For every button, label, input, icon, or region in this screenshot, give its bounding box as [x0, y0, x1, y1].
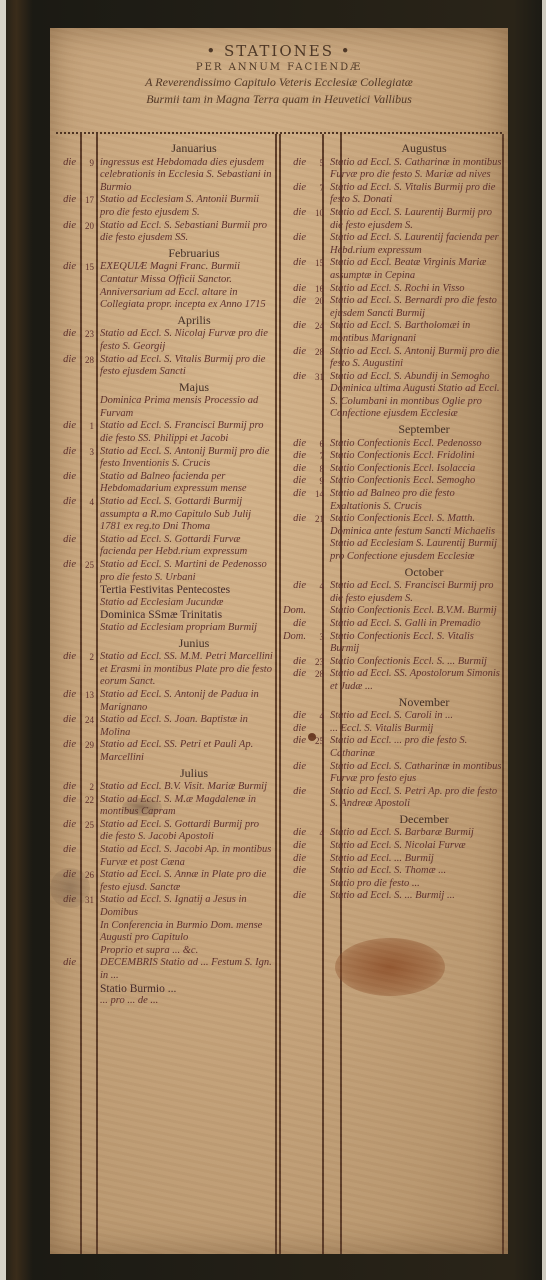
station-entry: Dominica ultima Augusti Statio ad Eccl. …	[280, 383, 508, 421]
day-number: 25	[78, 819, 98, 844]
station-entry: dieStatio ad Eccl. S. Jacobi Ap. in mont…	[50, 844, 278, 869]
day-label: die	[50, 420, 78, 445]
day-label: die	[280, 853, 308, 866]
station-entry: Proprio et supra ... &c.	[50, 945, 278, 958]
station-text: Statio ad Eccl. S. Laurentij Burmij pro …	[328, 207, 508, 232]
day-number	[308, 853, 328, 866]
day-label: die	[280, 463, 308, 476]
station-entry: dieStatio ad Eccl. ... Burmij	[280, 853, 508, 866]
day-label: die	[50, 651, 78, 689]
station-entry: die5Statio ad Eccl. S. Catharinæ in mont…	[280, 157, 508, 182]
day-label	[50, 920, 78, 945]
station-text: Statio ad Eccl. S. Bartholomæi in montib…	[328, 320, 508, 345]
day-number	[78, 534, 98, 559]
document-subtitle: PER ANNUM FACIENDÆ	[50, 62, 508, 73]
water-stain	[335, 938, 445, 996]
day-number: 16	[308, 283, 328, 296]
day-number: 10	[308, 207, 328, 232]
station-text: Dominica SSmæ Trinitatis	[98, 609, 278, 622]
day-number	[308, 526, 328, 564]
day-number: 9	[308, 475, 328, 488]
station-entry: die13Statio ad Eccl. S. Antonij de Padua…	[50, 689, 278, 714]
station-text: In Conferencia in Burmio Dom. mense Augu…	[98, 920, 278, 945]
station-text: Statio ad Eccl. S. Martini de Pedenosso …	[98, 559, 278, 584]
station-entry: dieStatio ad Balneo facienda per Hebdoma…	[50, 471, 278, 496]
month-heading: September	[340, 423, 508, 436]
station-text: Statio ad Eccl. S. Laurentij facienda pe…	[328, 232, 508, 257]
station-entry: die2Statio ad Eccl. B.V. Visit. Mariæ Bu…	[50, 781, 278, 794]
station-text: Statio ad Eccl. S. Vitalis Burmij pro di…	[328, 182, 508, 207]
day-label: die	[280, 283, 308, 296]
day-label: die	[50, 781, 78, 794]
station-text: Statio ad Eccl. S. Sebastiani Burmii pro…	[98, 220, 278, 245]
station-text: Statio ad Eccl. S. Francisci Burmij pro …	[98, 420, 278, 445]
station-text: Statio Confectionis Eccl. B.V.M. Burmij	[328, 605, 508, 618]
month-heading: Februarius	[110, 247, 278, 260]
station-entry: dieStatio ad Eccl. S. Galli in Premadio	[280, 618, 508, 631]
station-entry: die17Statio ad Ecclesiam S. Antonii Burm…	[50, 194, 278, 219]
day-label: die	[50, 328, 78, 353]
station-text: Statio ad Balneo facienda per Hebdomadar…	[98, 471, 278, 496]
station-entry: Dominica ante festum Sancti Michaelis St…	[280, 526, 508, 564]
station-text: Statio ad Eccl. S. Nicolaj Furvæ pro die…	[98, 328, 278, 353]
station-entry: die10Statio ad Eccl. S. Laurentij Burmij…	[280, 207, 508, 232]
day-number	[308, 232, 328, 257]
day-number	[308, 761, 328, 786]
station-entry: dieStatio ad Eccl. S. Nicolai Furvæ	[280, 840, 508, 853]
station-entry: die8Statio Confectionis Eccl. Isolaccia	[280, 463, 508, 476]
station-entry: die31Statio ad Eccl. S. Abundij in Semog…	[280, 371, 508, 384]
day-label: die	[280, 157, 308, 182]
day-number: 21	[308, 513, 328, 526]
station-entry: die4Statio ad Eccl. S. Barbaræ Burmij	[280, 827, 508, 840]
day-number: 8	[308, 463, 328, 476]
day-label: Dom.	[280, 631, 308, 656]
station-entry: die7Statio ad Eccl. S. Vitalis Burmij pr…	[280, 182, 508, 207]
day-number	[78, 920, 98, 945]
day-label	[50, 584, 78, 597]
station-entry: Tertia Festivitas Pentecostes	[50, 584, 278, 597]
station-text: Statio ad Eccl. S. ... Burmij ...	[328, 890, 508, 903]
day-number: 7	[308, 182, 328, 207]
station-text: Statio Confectionis Eccl. Pedenosso	[328, 438, 508, 451]
station-text: Statio pro die festo ...	[328, 878, 508, 891]
day-label: die	[50, 354, 78, 379]
day-label: die	[280, 257, 308, 282]
station-text: Tertia Festivitas Pentecostes	[98, 584, 278, 597]
station-text: Statio ad Eccl. S. Catharinæ in montibus…	[328, 761, 508, 786]
station-text: Statio ad Eccl. S. Francisci Burmij pro …	[328, 580, 508, 605]
station-text: Statio ad Eccl. SS. Apostolorum Simonis …	[328, 668, 508, 693]
station-text: Statio ad Eccl. ... pro die festo S. Cat…	[328, 735, 508, 760]
day-number	[308, 786, 328, 811]
day-label: die	[280, 182, 308, 207]
day-label: die	[280, 761, 308, 786]
day-number	[78, 395, 98, 420]
day-number: 28	[308, 346, 328, 371]
station-text: Statio ad Eccl. S. Galli in Premadio	[328, 618, 508, 631]
day-number: 28	[308, 668, 328, 693]
day-label: die	[50, 714, 78, 739]
day-label: die	[280, 232, 308, 257]
day-label: die	[280, 475, 308, 488]
day-label: die	[50, 157, 78, 195]
station-entry: die25Statio ad Eccl. S. Martini de Peden…	[50, 559, 278, 584]
station-text: Statio ad Eccl. S. Joan. Baptistæ in Mol…	[98, 714, 278, 739]
station-entry: die28Statio ad Eccl. S. Antonij Burmij p…	[280, 346, 508, 371]
day-number: 9	[78, 157, 98, 195]
day-number: 1	[78, 420, 98, 445]
station-text: Statio ad Eccl. S. Annæ in Plate pro die…	[98, 869, 278, 894]
day-label: die	[280, 668, 308, 693]
day-label: die	[280, 723, 308, 736]
day-number	[78, 471, 98, 496]
day-label: die	[50, 496, 78, 534]
document-header: • STATIONES • PER ANNUM FACIENDÆ A Rever…	[50, 36, 508, 107]
station-entry: Statio pro die festo ...	[280, 878, 508, 891]
smudge	[50, 868, 90, 908]
day-label: die	[280, 371, 308, 384]
station-text: Statio ad Eccl. SS. Petri et Pauli Ap. M…	[98, 739, 278, 764]
station-entry: dieDECEMBRIS Statio ad ... Festum S. Ign…	[50, 957, 278, 982]
station-text: Statio Confectionis Eccl. Isolaccia	[328, 463, 508, 476]
station-entry: die23Statio Confectionis Eccl. S. ... Bu…	[280, 656, 508, 669]
day-label: die	[50, 739, 78, 764]
month-heading: November	[340, 696, 508, 709]
day-label: die	[280, 840, 308, 853]
station-entry: dieStatio ad Eccl. S. ... Burmij ...	[280, 890, 508, 903]
station-entry: die20Statio ad Eccl. S. Bernardi pro die…	[280, 295, 508, 320]
station-entry: die25Statio ad Eccl. S. Gottardi Burmij …	[50, 819, 278, 844]
day-number: 14	[308, 488, 328, 513]
document-sheet: • STATIONES • PER ANNUM FACIENDÆ A Rever…	[50, 28, 508, 1254]
station-entry: die9Statio Confectionis Eccl. Semogho	[280, 475, 508, 488]
day-number	[308, 890, 328, 903]
wall-edge-right	[542, 0, 546, 1280]
station-entry: die28Statio ad Eccl. SS. Apostolorum Sim…	[280, 668, 508, 693]
day-label: die	[50, 794, 78, 819]
station-text: Statio ad Ecclesiam propriam Burmij	[98, 622, 278, 635]
day-label	[50, 945, 78, 958]
station-entry: dieStatio ad Eccl. S. Petri Ap. pro die …	[280, 786, 508, 811]
station-entry: die14Statio ad Balneo pro die festo Exal…	[280, 488, 508, 513]
station-text: Statio ad Eccl. ... Burmij	[328, 853, 508, 866]
station-entry: die21Statio Confectionis Eccl. S. Matth.	[280, 513, 508, 526]
wall-edge-left	[0, 0, 6, 1280]
station-entry: die28Statio ad Eccl. S. Vitalis Burmij p…	[50, 354, 278, 379]
day-label	[50, 622, 78, 635]
station-entry: die6Statio Confectionis Eccl. Pedenosso	[280, 438, 508, 451]
station-entry: Dom.3Statio Confectionis Eccl. S. Vitali…	[280, 631, 508, 656]
day-label: die	[50, 261, 78, 311]
day-number: 15	[78, 261, 98, 311]
station-entry: ... pro ... de ...	[50, 995, 278, 1008]
smudge	[122, 798, 162, 816]
day-number	[308, 618, 328, 631]
day-label: die	[280, 618, 308, 631]
day-number: 4	[78, 496, 98, 534]
day-number: 23	[78, 328, 98, 353]
day-label: die	[50, 844, 78, 869]
station-entry: die9ingressus est Hebdomada dies ejusdem…	[50, 157, 278, 195]
station-text: Statio ad Eccl. S. Catharinæ in montibus…	[328, 157, 508, 182]
day-label: die	[50, 957, 78, 982]
day-number: 29	[78, 739, 98, 764]
station-entry: die4Statio ad Eccl. S. Gottardi Burmij a…	[50, 496, 278, 534]
day-label	[50, 597, 78, 610]
station-text: Statio ad Eccl. S. Antonij Burmij pro di…	[98, 446, 278, 471]
day-number: 3	[78, 446, 98, 471]
station-text: ingressus est Hebdomada dies ejusdem cel…	[98, 157, 278, 195]
document-title: • STATIONES •	[50, 42, 508, 60]
day-number	[78, 584, 98, 597]
station-text: Statio ad Ecclesiam S. Antonii Burmii pr…	[98, 194, 278, 219]
day-label: die	[280, 786, 308, 811]
station-entry: die2Statio ad Eccl. SS. M.M. Petri Marce…	[50, 651, 278, 689]
station-text: Statio ad Eccl. S. Caroli in ...	[328, 710, 508, 723]
day-label: Dom.	[280, 605, 308, 618]
station-text: Statio ad Eccl. S. Thomæ ...	[328, 865, 508, 878]
station-text: EXEQUIÆ Magni Franc. Burmii Cantatur Mis…	[98, 261, 278, 311]
day-label	[280, 878, 308, 891]
station-entry: dieStatio ad Eccl. S. Thomæ ...	[280, 865, 508, 878]
station-text: Statio ad Eccl. S. Rochi in Visso	[328, 283, 508, 296]
station-entry: die16Statio ad Eccl. S. Rochi in Visso	[280, 283, 508, 296]
day-number	[308, 840, 328, 853]
day-number	[78, 622, 98, 635]
day-number	[78, 609, 98, 622]
station-text: DECEMBRIS Statio ad ... Festum S. Ign. i…	[98, 957, 278, 982]
day-label: die	[50, 471, 78, 496]
day-number	[78, 957, 98, 982]
day-label: die	[50, 446, 78, 471]
day-label: die	[280, 580, 308, 605]
day-number	[78, 945, 98, 958]
intro-line-1: A Reverendissimo Capitulo Veteris Eccles…	[50, 75, 508, 90]
station-entry: die4Statio ad Eccl. S. Francisci Burmij …	[280, 580, 508, 605]
station-entry: die29Statio ad Eccl. SS. Petri et Pauli …	[50, 739, 278, 764]
day-number	[78, 844, 98, 869]
day-number: 2	[78, 781, 98, 794]
station-text: Statio Confectionis Eccl. S. Matth.	[328, 513, 508, 526]
station-entry: Dominica Prima mensis Processio ad Furva…	[50, 395, 278, 420]
month-heading: Januarius	[110, 142, 278, 155]
station-text: Statio ad Eccl. S. Nicolai Furvæ	[328, 840, 508, 853]
station-text: Statio ad Eccl. Beatæ Virginis Mariæ ass…	[328, 257, 508, 282]
day-label: die	[280, 890, 308, 903]
day-number: 20	[308, 295, 328, 320]
station-text: ... Eccl. S. Vitalis Burmij	[328, 723, 508, 736]
station-text: Statio Confectionis Eccl. S. Vitalis Bur…	[328, 631, 508, 656]
month-heading: Junius	[110, 637, 278, 650]
intro-line-2: Burmii tam in Magna Terra quam in Heuvet…	[50, 92, 508, 107]
day-label: die	[50, 220, 78, 245]
day-number: 5	[308, 157, 328, 182]
station-entry: die24Statio ad Eccl. S. Bartholomæi in m…	[280, 320, 508, 345]
station-text: Statio ad Eccl. B.V. Visit. Mariæ Burmij	[98, 781, 278, 794]
station-text: Statio ad Eccl. S. Barbaræ Burmij	[328, 827, 508, 840]
station-text: Statio ad Eccl. S. Gottardi Burmij assum…	[98, 496, 278, 534]
station-text: Dominica ultima Augusti Statio ad Eccl. …	[328, 383, 508, 421]
day-number	[308, 878, 328, 891]
day-label: die	[280, 735, 308, 760]
station-text: Dominica ante festum Sancti Michaelis St…	[328, 526, 508, 564]
station-entry: Statio ad Ecclesiam propriam Burmij	[50, 622, 278, 635]
day-number: 2	[78, 651, 98, 689]
station-entry: dieStatio ad Eccl. S. Catharinæ in monti…	[280, 761, 508, 786]
day-label: die	[50, 819, 78, 844]
station-entry: Dominica SSmæ Trinitatis	[50, 609, 278, 622]
day-number	[308, 383, 328, 421]
station-text: Statio ad Eccl. S. Ignatij a Jesus in Do…	[98, 894, 278, 919]
station-text: Statio ad Eccl. SS. M.M. Petri Marcellin…	[98, 651, 278, 689]
day-number	[308, 865, 328, 878]
station-text: Statio ad Eccl. S. Gottardi Furvæ facien…	[98, 534, 278, 559]
station-text: Statio ad Ecclesiam Jucundæ	[98, 597, 278, 610]
day-label	[50, 609, 78, 622]
station-text: Statio ad Eccl. S. Antonij Burmij pro di…	[328, 346, 508, 371]
day-label	[280, 383, 308, 421]
month-heading: Augustus	[340, 142, 508, 155]
station-text: Statio Confectionis Eccl. Semogho	[328, 475, 508, 488]
day-label: die	[280, 865, 308, 878]
station-text: Statio Confectionis Eccl. Fridolini	[328, 450, 508, 463]
station-text: Statio ad Eccl. S. Antonij de Padua in M…	[98, 689, 278, 714]
day-label	[50, 395, 78, 420]
day-number: 15	[308, 257, 328, 282]
day-number	[78, 597, 98, 610]
day-number: 31	[308, 371, 328, 384]
day-number	[78, 995, 98, 1008]
day-label: die	[280, 710, 308, 723]
station-entry: In Conferencia in Burmio Dom. mense Augu…	[50, 920, 278, 945]
day-label	[280, 526, 308, 564]
station-text: Dominica Prima mensis Processio ad Furva…	[98, 395, 278, 420]
day-label: die	[280, 295, 308, 320]
day-label: die	[280, 207, 308, 232]
day-number: 25	[78, 559, 98, 584]
day-number: 23	[308, 656, 328, 669]
month-heading: Julius	[110, 767, 278, 780]
station-text: Statio Confectionis Eccl. S. ... Burmij	[328, 656, 508, 669]
day-number: 3	[308, 631, 328, 656]
station-text: Proprio et supra ... &c.	[98, 945, 278, 958]
day-label: die	[280, 438, 308, 451]
station-entry: dieStatio ad Eccl. S. Laurentij facienda…	[280, 232, 508, 257]
day-label	[50, 995, 78, 1008]
day-number: 4	[308, 710, 328, 723]
station-entry: dieStatio ad Eccl. S. Gottardi Furvæ fac…	[50, 534, 278, 559]
month-heading: December	[340, 813, 508, 826]
day-label: die	[280, 346, 308, 371]
station-text: Statio ad Eccl. S. Jacobi Ap. in montibu…	[98, 844, 278, 869]
station-text: Statio ad Eccl. S. Petri Ap. pro die fes…	[328, 786, 508, 811]
day-number: 7	[308, 450, 328, 463]
day-label	[50, 983, 78, 996]
day-number: 4	[308, 827, 328, 840]
station-entry: die22Statio ad Eccl. S. M.æ Magdalenæ in…	[50, 794, 278, 819]
day-label: die	[50, 194, 78, 219]
station-text: Statio ad Eccl. S. Gottardi Burmij pro d…	[98, 819, 278, 844]
station-entry: die23Statio ad Eccl. S. Nicolaj Furvæ pr…	[50, 328, 278, 353]
day-label: die	[280, 656, 308, 669]
month-heading: October	[340, 566, 508, 579]
day-number: 20	[78, 220, 98, 245]
station-text: Statio ad Eccl. S. Bernardi pro die fest…	[328, 295, 508, 320]
day-label: die	[280, 450, 308, 463]
day-number: 24	[308, 320, 328, 345]
day-label: die	[280, 488, 308, 513]
day-number: 24	[78, 714, 98, 739]
day-number: 17	[78, 194, 98, 219]
day-number: 4	[308, 580, 328, 605]
station-text: Statio ad Eccl. S. Vitalis Burmij pro di…	[98, 354, 278, 379]
station-text: Statio ad Eccl. S. Abundij in Semogho	[328, 371, 508, 384]
day-number: 6	[308, 438, 328, 451]
day-number	[78, 983, 98, 996]
month-heading: Aprilis	[110, 314, 278, 327]
station-entry: die20Statio ad Eccl. S. Sebastiani Burmi…	[50, 220, 278, 245]
day-number: 13	[78, 689, 98, 714]
station-text: Statio Burmio ...	[98, 983, 278, 996]
day-label: die	[280, 320, 308, 345]
day-number	[308, 605, 328, 618]
station-text: ... pro ... de ...	[98, 995, 278, 1008]
day-label: die	[280, 827, 308, 840]
station-entry: die15EXEQUIÆ Magni Franc. Burmii Cantatu…	[50, 261, 278, 311]
day-number: 22	[78, 794, 98, 819]
station-entry: die4Statio ad Eccl. S. Caroli in ...	[280, 710, 508, 723]
month-heading: Majus	[110, 381, 278, 394]
station-entry: die1Statio ad Eccl. S. Francisci Burmij …	[50, 420, 278, 445]
right-calendar-column: Augustusdie5Statio ad Eccl. S. Catharinæ…	[280, 140, 508, 903]
station-entry: die24Statio ad Eccl. S. Joan. Baptistæ i…	[50, 714, 278, 739]
day-label: die	[50, 689, 78, 714]
station-entry: Statio Burmio ...	[50, 983, 278, 996]
station-entry: die15Statio ad Eccl. Beatæ Virginis Mari…	[280, 257, 508, 282]
station-entry: die7Statio Confectionis Eccl. Fridolini	[280, 450, 508, 463]
day-label: die	[280, 513, 308, 526]
day-label: die	[50, 559, 78, 584]
station-entry: Statio ad Ecclesiam Jucundæ	[50, 597, 278, 610]
ink-spot	[308, 733, 316, 741]
day-label: die	[50, 534, 78, 559]
station-entry: die3Statio ad Eccl. S. Antonij Burmij pr…	[50, 446, 278, 471]
day-number: 28	[78, 354, 98, 379]
station-entry: Dom.Statio Confectionis Eccl. B.V.M. Bur…	[280, 605, 508, 618]
station-text: Statio ad Balneo pro die festo Exaltatio…	[328, 488, 508, 513]
